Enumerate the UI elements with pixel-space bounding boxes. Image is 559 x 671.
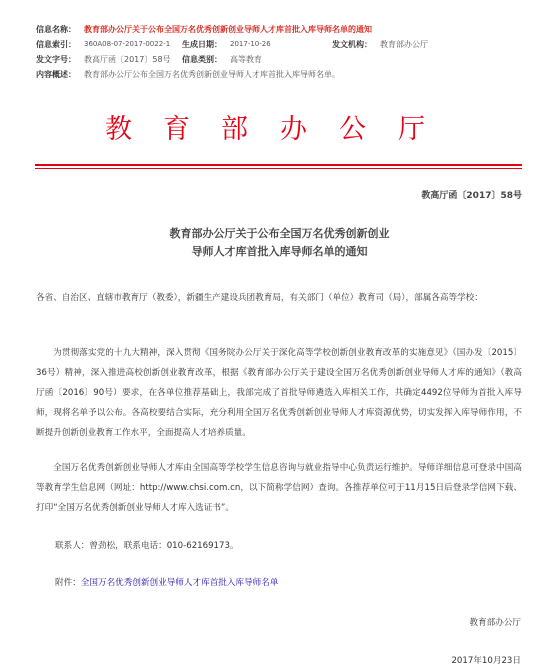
attachment-row: 附件：全国万名优秀创新创业导师人才库首批入库导师名单 [55, 576, 278, 590]
letterhead-divider-thick [35, 164, 522, 166]
meta-row-name: 信息名称： 教育部办公厅关于公布全国万名优秀创新创业导师人才库首批入库导师名单的… [0, 22, 559, 37]
letterhead-char: 办 [280, 112, 307, 148]
body-paragraph-2: 全国万名优秀创新创业导师人才库由全国高等学校学生信息咨询与就业指导中心负责运行维… [36, 458, 522, 518]
meta-category-label: 信息类别： [182, 52, 222, 67]
meta-row-docno: 发文字号： 教高厅函〔2017〕58号 信息类别： 高等教育 [0, 52, 559, 67]
letterhead-char: 厅 [398, 112, 425, 148]
signer: 教育部办公厅 [469, 616, 521, 630]
meta-index-value: 360A08-07-2017-0022-1 [84, 37, 170, 52]
meta-issuer-value: 教育部办公厅 [380, 37, 428, 52]
meta-summary-value: 教育部办公厅公布全国万名优秀创新创业导师人才库首批入库导师名单。 [84, 67, 340, 82]
meta-index-label: 信息索引： [36, 37, 76, 52]
body-paragraph-1: 为贯彻落实党的十九大精神，深入贯彻《国务院办公厅关于深化高等学校创新创业教育改革… [36, 343, 522, 443]
document-title-line1: 教育部办公厅关于公布全国万名优秀创新创业 [0, 225, 559, 243]
meta-row-index: 信息索引： 360A08-07-2017-0022-1 生成日期： 2017-1… [0, 37, 559, 52]
metadata-header: 信息名称： 教育部办公厅关于公布全国万名优秀创新创业导师人才库首批入库导师名单的… [0, 22, 559, 82]
meta-name-value: 教育部办公厅关于公布全国万名优秀创新创业导师人才库首批入库导师名单的通知 [84, 22, 372, 37]
meta-row-summary: 内容概述： 教育部办公厅公布全国万名优秀创新创业导师人才库首批入库导师名单。 [0, 67, 559, 82]
document-number: 教高厅函〔2017〕58号 [421, 189, 522, 203]
attachment-label: 附件： [55, 578, 81, 588]
letterhead-divider-thin [35, 168, 522, 169]
meta-summary-label: 内容概述： [36, 67, 76, 82]
attachment-link[interactable]: 全国万名优秀创新创业导师人才库首批入库导师名单 [81, 578, 279, 588]
document-title: 教育部办公厅关于公布全国万名优秀创新创业 导师人才库首批入库导师名单的通知 [0, 225, 559, 261]
letterhead: 教 育 部 办 公 厅 [0, 112, 559, 152]
salutation: 各省、自治区、直辖市教育厅（教委），新疆生产建设兵团教育局，有关部门（单位）教育… [36, 288, 522, 308]
letterhead-char: 公 [339, 112, 366, 148]
letterhead-char: 教 [105, 112, 132, 148]
letterhead-char: 育 [163, 112, 190, 148]
document-title-line2: 导师人才库首批入库导师名单的通知 [0, 243, 559, 261]
letterhead-char: 部 [221, 112, 248, 148]
meta-docno-label: 发文字号： [36, 52, 76, 67]
meta-docno-value: 教高厅函〔2017〕58号 [84, 52, 171, 67]
meta-date-label: 生成日期： [182, 37, 222, 52]
contact-info: 联系人：曾劲松，联系电话：010-62169173。 [55, 539, 239, 553]
meta-date-value: 2017-10-26 [230, 37, 271, 52]
meta-name-label: 信息名称： [36, 22, 76, 37]
meta-category-value: 高等教育 [230, 52, 262, 67]
sign-date: 2017年10月23日 [451, 654, 521, 668]
meta-issuer-label: 发文机构： [332, 37, 372, 52]
